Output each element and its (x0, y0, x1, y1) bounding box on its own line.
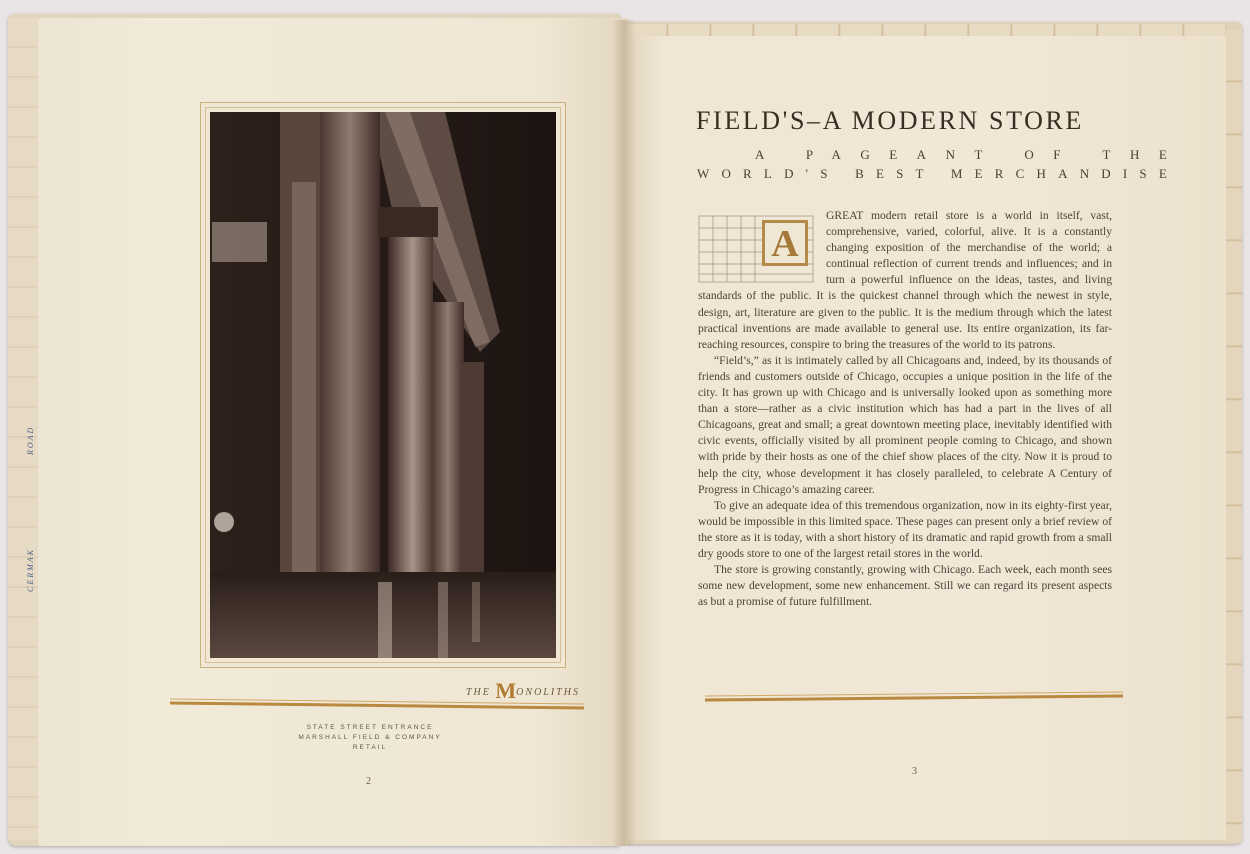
book-gutter (612, 20, 636, 846)
page-title: FIELD'S–A MODERN STORE (696, 106, 1110, 136)
gold-rule-right (705, 688, 1123, 704)
map-label-road: ROAD (26, 426, 35, 455)
map-label-cermak: CERMAK (26, 548, 35, 592)
gold-rule-left (170, 696, 584, 710)
article-paragraph: The store is growing constantly, growing… (698, 562, 1112, 610)
page-number-right: 3 (912, 766, 917, 777)
article-paragraph: GREAT modern retail store is a world in … (698, 208, 1112, 353)
page-number-left: 2 (366, 776, 371, 787)
article-body: GREAT modern retail store is a world in … (698, 208, 1112, 610)
caption-line: STATE STREET ENTRANCE (270, 723, 470, 733)
page-subtitle-line1: A PAGEANT OF THE (755, 147, 1186, 163)
caption-line: RETAIL (270, 743, 470, 753)
cover-map-edge-right (1224, 30, 1242, 842)
page-subtitle-line2: WORLD'S BEST MERCHANDISE (697, 166, 1179, 182)
columns-photo-illustration (210, 112, 556, 658)
article-paragraph: “Field’s,” as it is intimately called by… (698, 353, 1112, 498)
photo-caption: STATE STREET ENTRANCE MARSHALL FIELD & C… (270, 723, 470, 753)
store-entrance-photo (210, 112, 556, 658)
caption-line: MARSHALL FIELD & COMPANY (270, 733, 470, 743)
article-paragraph: To give an adequate idea of this tremend… (698, 498, 1112, 562)
